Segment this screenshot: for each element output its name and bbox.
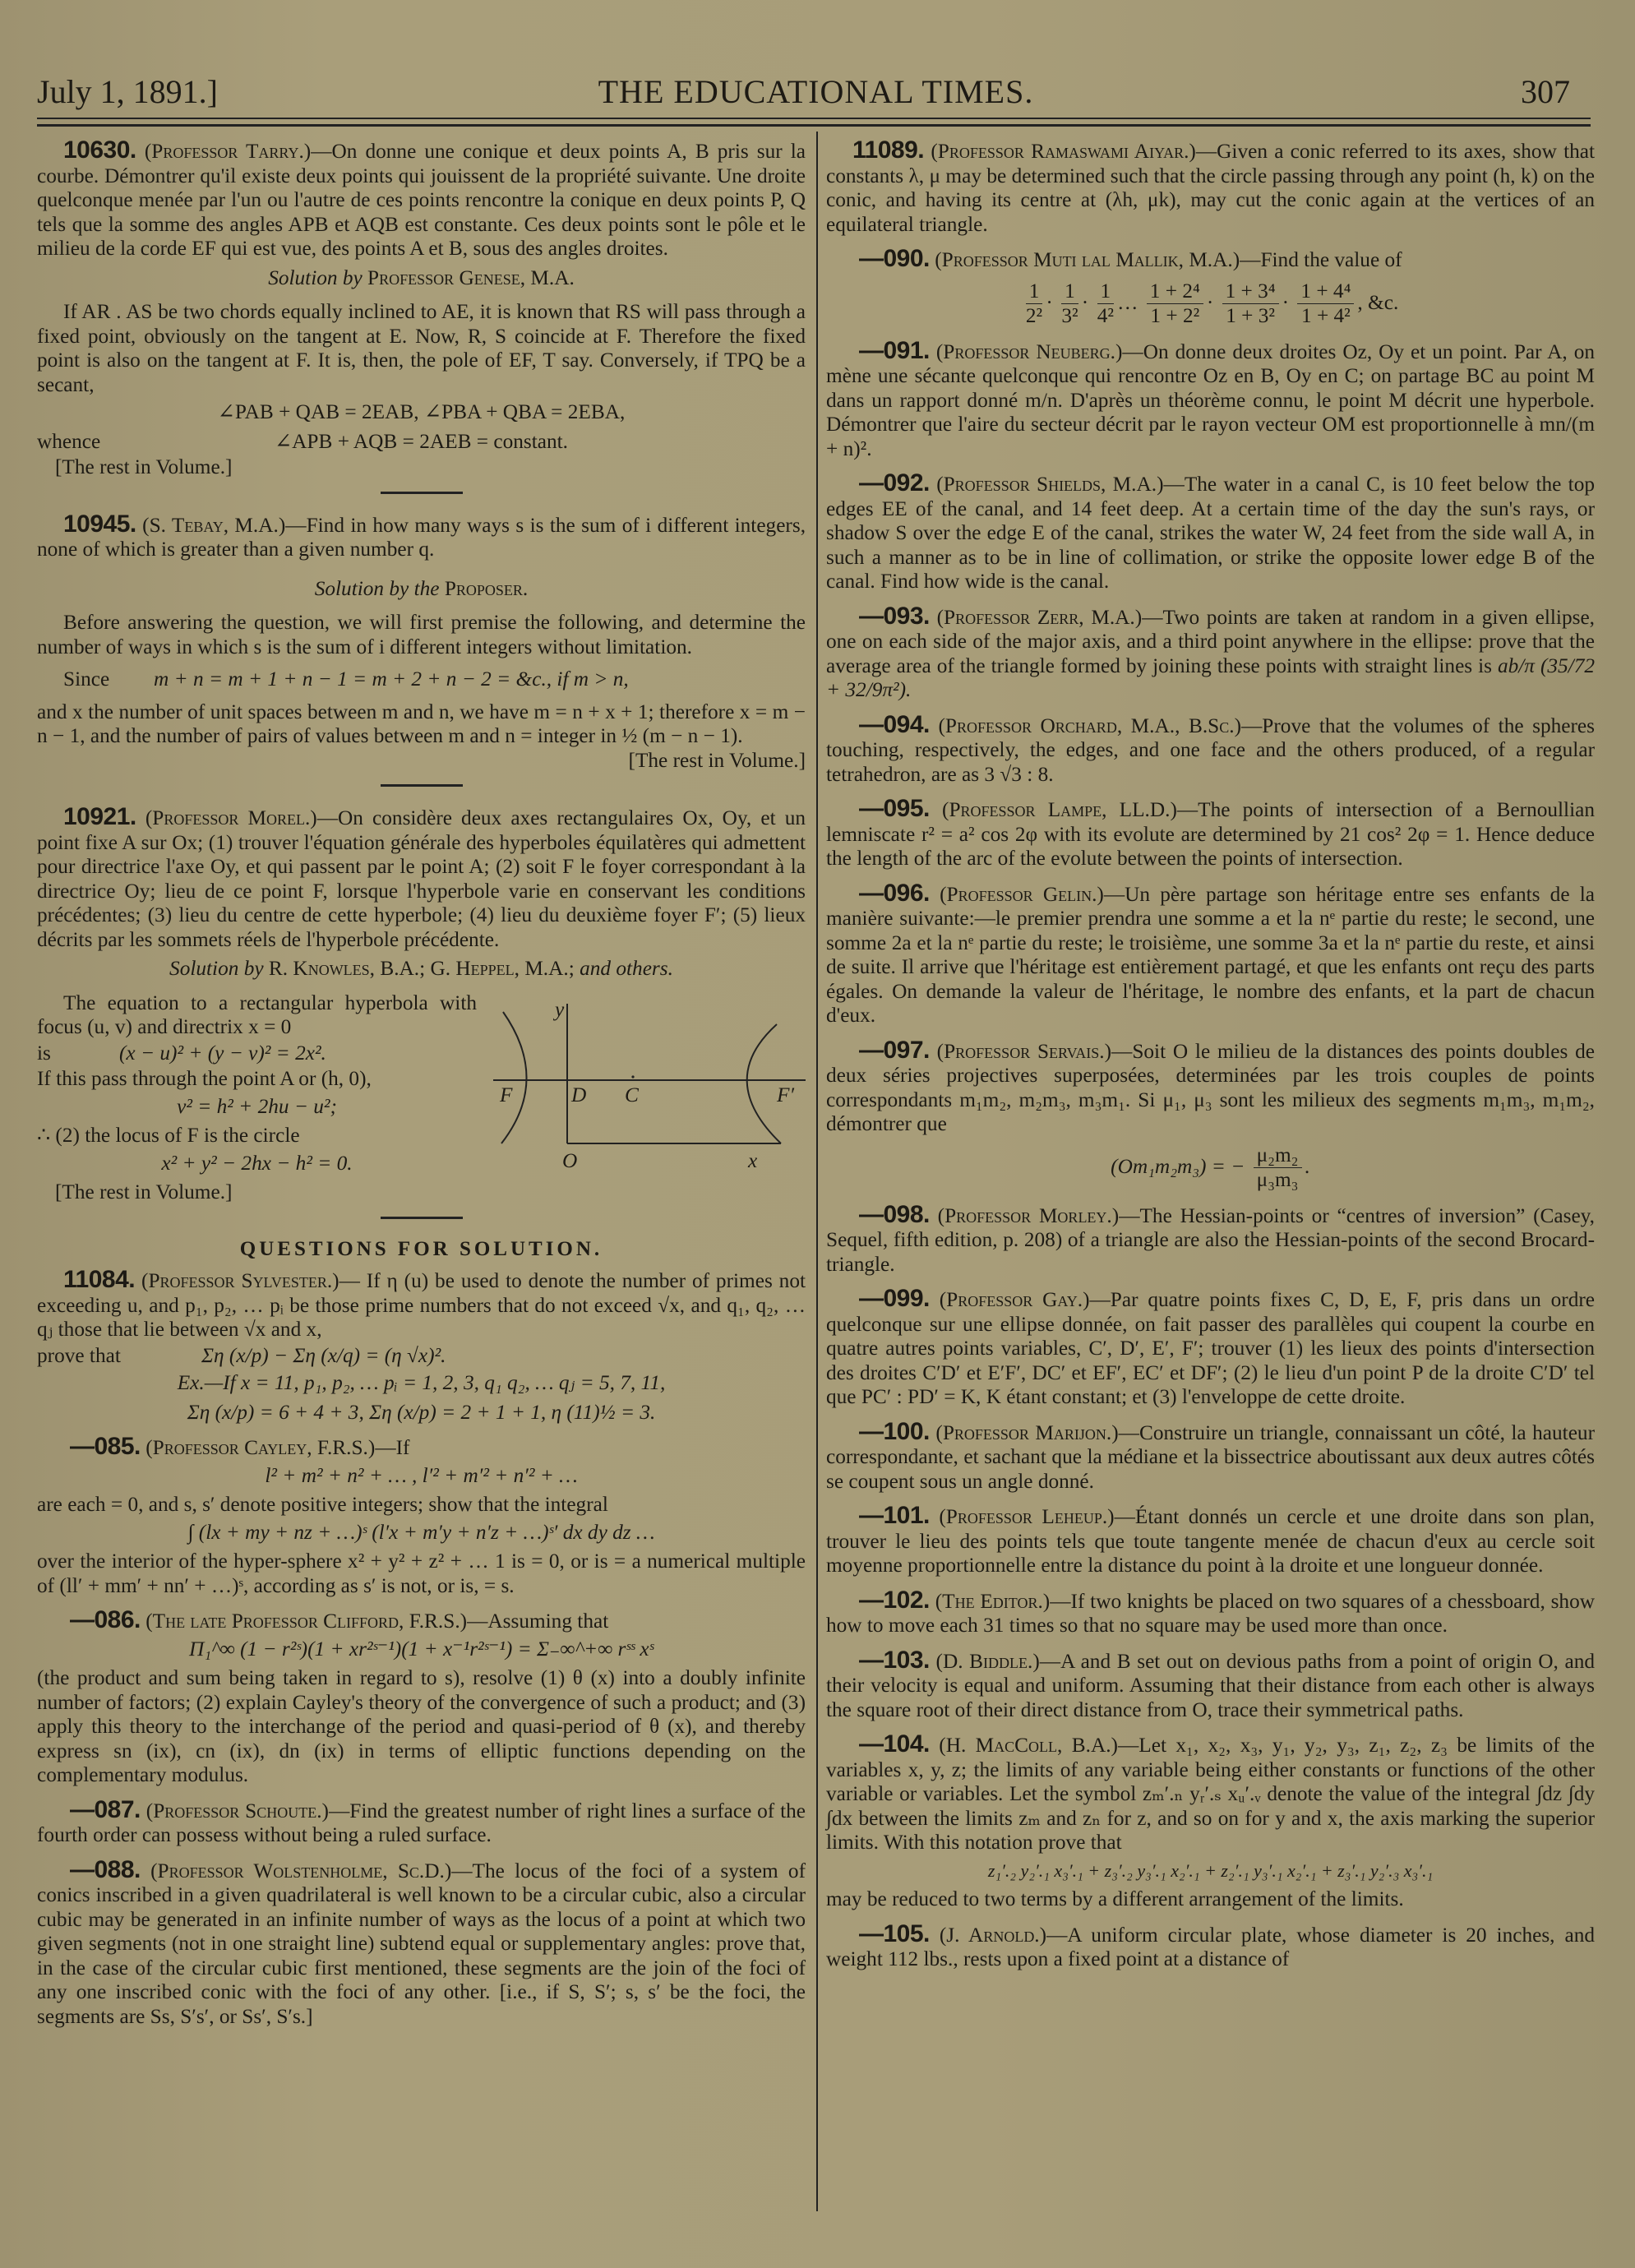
fraction-product: 12²· 13²· 14²… 1 + 2⁴1 + 2²· 1 + 3⁴1 + 3… [826,279,1595,329]
question-author: (Professor Ramaswami Aiyar.) [931,140,1196,163]
solution-text: If AR . AS be two chords equally incline… [37,300,806,397]
page-number: 307 [1521,72,1570,111]
question-author: (Professor Leheup.) [939,1505,1114,1528]
label-x-axis: x [748,1149,757,1174]
hyperbola-diagram: y F D C F′ O x [493,991,806,1205]
question-number: 10630. [63,136,136,164]
solution-heading: Solution by R. Knowles, B.A.; G. Heppel,… [37,957,806,982]
question-105: —105. (J. Arnold.)—A uniform circular pl… [826,1922,1595,1972]
question-093: —093. (Professor Zerr, M.A.)—Two points … [826,604,1595,703]
question-number: 11089. [852,136,924,164]
question-098: —098. (Professor Morley.)—The Hessian-po… [826,1203,1595,1277]
question-author: (Professor Shields, M.A.) [936,473,1163,496]
question-104: —104. (H. MacColl, B.A.)—Let x₁, x₂, x₃,… [826,1732,1595,1912]
solution-heading: Solution by the Proposer. [37,577,806,602]
question-number: —099. [859,1285,930,1312]
rest-in-volume-note: [The rest in Volume.] [37,749,806,774]
question-author: (Professor Schoute.) [146,1799,329,1822]
question-number: —095. [859,795,930,822]
question-11084: 11084. (Professor Sylvester.)— If η (u) … [37,1268,806,1425]
question-number: —088. [70,1856,141,1883]
question-096: —096. (Professor Gelin.)—Un père partage… [826,881,1595,1028]
question-102: —102. (The Editor.)—If two knights be pl… [826,1588,1595,1638]
newspaper-page: July 1, 1891.] THE EDUCATIONAL TIMES. 30… [0,0,1635,2268]
label-D: D [571,1083,586,1108]
question-number: —105. [859,1920,930,1947]
question-number: —092. [859,469,930,497]
question-number: —097. [859,1037,930,1064]
rest-in-volume-note: [The rest in Volume.] [55,455,806,480]
question-097: —097. (Professor Servais.)—Soit O le mil… [826,1038,1595,1193]
question-author: (Professor Servais.) [937,1040,1111,1063]
equation: ∠PAB + QAB = 2EAB, ∠PBA + QBA = 2EBA, [37,400,806,425]
question-number: 10921. [63,803,136,830]
question-094: —094. (Professor Orchard, M.A., B.Sc.)—P… [826,713,1595,788]
question-090: —090. (Professor Muti lal Mallik, M.A.)—… [826,247,1595,329]
question-number: —086. [70,1606,141,1633]
question-10921: 10921. (Professor Morel.)—On considère d… [37,805,806,1205]
question-number: —102. [859,1587,930,1614]
question-091: —091. (Professor Neuberg.)—On donne deux… [826,339,1595,462]
question-101: —101. (Professor Leheup.)—Étant donnés u… [826,1504,1595,1578]
solution-text: The equation to a rectangular hyperbola … [37,991,477,1040]
separator-rule [381,492,463,494]
publication-title: THE EDUCATIONAL TIMES. [37,72,1595,111]
question-number: 11084. [63,1266,135,1293]
question-author: (Professor Gelin.) [940,883,1104,906]
solution-text: Before answering the question, we will f… [37,611,806,659]
question-author: (Professor Marijon.) [935,1421,1118,1444]
header-rule-thick [37,124,1591,127]
header-rule-thin [37,118,1591,119]
question-author: (Professor Neuberg.) [936,340,1123,363]
question-author: (Professor Muti lal Mallik, M.A.) [935,248,1240,271]
question-author: (D. Biddle.) [936,1650,1040,1673]
question-author: (Professor Morel.) [145,806,317,829]
question-number: —091. [859,337,930,364]
question-10945: 10945. (S. Tebay, M.A.)—Find in how many… [37,512,806,774]
question-number: 10945. [63,510,136,538]
question-author: (Professor Cayley, F.R.S.) [145,1436,375,1459]
question-103: —103. (D. Biddle.)—A and B set out on de… [826,1648,1595,1723]
column-divider [816,132,818,2211]
question-number: —093. [859,603,930,630]
question-author: (S. Tebay, M.A.) [142,514,285,537]
question-087: —087. (Professor Schoute.)—Find the grea… [37,1798,806,1848]
question-number: —098. [859,1201,930,1228]
question-number: —104. [859,1730,930,1758]
label-O: O [562,1149,577,1174]
question-number: —101. [859,1502,930,1529]
question-number: —085. [70,1433,141,1460]
question-11089: 11089. (Professor Ramaswami Aiyar.)—Give… [826,138,1595,237]
question-100: —100. (Professor Marijon.)—Construire un… [826,1420,1595,1494]
label-F-prime: F′ [777,1083,794,1108]
question-099: —099. (Professor Gay.)—Par quatre points… [826,1286,1595,1410]
left-column: 10630. (Professor Tarry.)—On donne une c… [37,138,806,2039]
separator-rule [381,1217,463,1219]
question-086: —086. (The late Professor Clifford, F.R.… [37,1608,806,1788]
page-header: July 1, 1891.] THE EDUCATIONAL TIMES. 30… [37,72,1595,113]
question-085: —085. (Professor Cayley, F.R.S.)—If l² +… [37,1434,806,1598]
section-heading: QUESTIONS FOR SOLUTION. [37,1237,806,1262]
question-number: —087. [70,1796,141,1823]
label-C: C [625,1083,639,1108]
question-author: (Professor Sylvester.) [141,1269,339,1292]
question-author: (Professor Wolstenholme, Sc.D.) [150,1859,451,1882]
question-author: (Professor Zerr, M.A.) [937,606,1143,629]
question-author: (J. Arnold.) [940,1924,1046,1947]
solution-heading: Solution by Professor Genese, M.A. [37,266,806,291]
solution-text: and x the number of unit spaces between … [37,700,806,749]
equation-row: Since m + n = m + 1 + n − 1 = m + 2 + n … [37,667,806,692]
hyperbola-figure-svg [493,991,806,1205]
question-number: —103. [859,1647,930,1674]
question-author: (Professor Lampe, LL.D.) [942,798,1177,821]
question-number: —094. [859,711,930,738]
question-author: (Professor Orchard, M.A., B.Sc.) [938,714,1241,737]
question-092: —092. (Professor Shields, M.A.)—The wate… [826,471,1595,594]
label-y-axis: y [555,998,564,1023]
right-column: 11089. (Professor Ramaswami Aiyar.)—Give… [826,138,1595,1982]
question-number: —100. [859,1418,930,1445]
question-number: —096. [859,880,930,907]
separator-rule [381,784,463,787]
question-088: —088. (Professor Wolstenholme, Sc.D.)—Th… [37,1858,806,2030]
question-author: (The late Professor Clifford, F.R.S.) [145,1610,467,1633]
question-author: (Professor Morley.) [938,1204,1120,1227]
question-author: (H. MacColl, B.A.) [939,1734,1118,1757]
question-number: —090. [859,245,930,272]
question-author: (Professor Gay.) [940,1288,1090,1311]
equation: (Om₁m₂m₃) = − μ₂m₂μ₃m₃. [826,1143,1595,1193]
question-095: —095. (Professor Lampe, LL.D.)—The point… [826,797,1595,871]
rest-in-volume-note: [The rest in Volume.] [55,1180,477,1205]
label-F: F [500,1083,512,1108]
question-10630: 10630. (Professor Tarry.)—On donne une c… [37,138,806,480]
equation: z₁′.₂ y₂′.₁ x₃′.₁ + z₃′.₂ y₃′.₁ x₂′.₁ + … [826,1859,1595,1883]
equation-row: whence ∠APB + AQB = 2AEB = constant. [37,430,806,455]
question-author: (Professor Tarry.) [145,140,311,163]
question-author: (The Editor.) [935,1590,1051,1613]
